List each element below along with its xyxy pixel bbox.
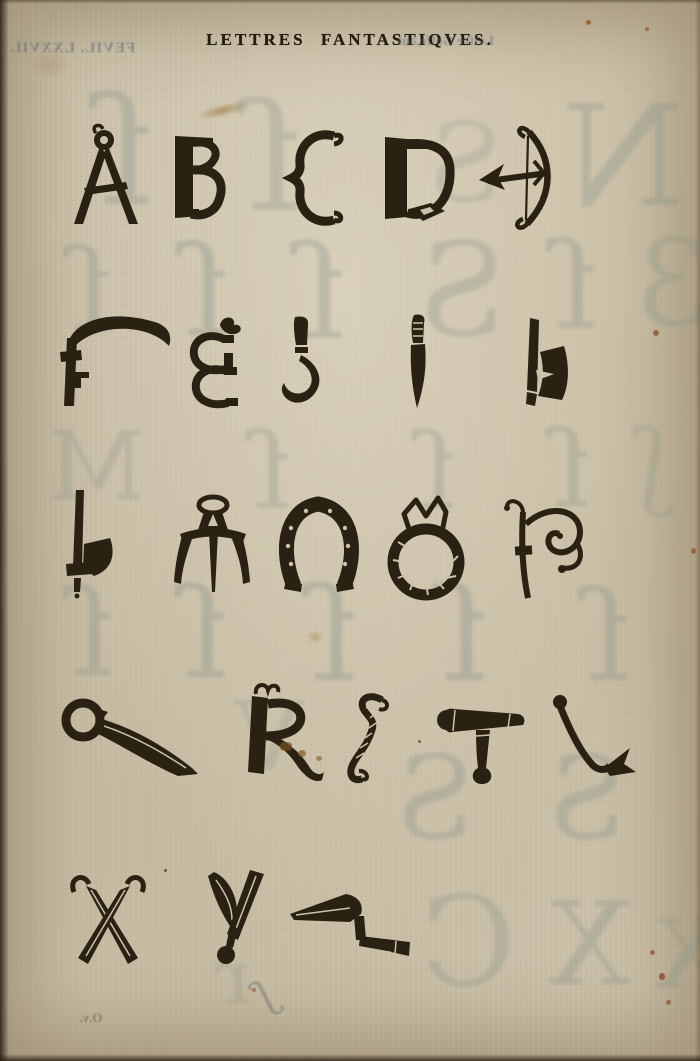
letter-t-glyph — [430, 690, 534, 790]
showthrough-ghost-letter: X — [655, 908, 700, 1003]
letter-c-strap — [282, 126, 342, 230]
letter-g-glyph — [184, 313, 244, 409]
letter-p-volute — [498, 492, 590, 606]
letter-b-glyph — [167, 128, 224, 225]
rust-spot — [653, 330, 659, 336]
letter-p-glyph — [498, 492, 590, 606]
letter-s-cord — [342, 690, 394, 786]
letter-q-pruning-knife — [58, 688, 206, 786]
rust-spot — [691, 548, 696, 554]
letter-i-glyph — [402, 311, 430, 411]
letter-h-sickle — [279, 313, 325, 405]
letter-x-glyph — [58, 870, 158, 970]
signature-mark-showthrough: O.v. — [80, 1010, 102, 1026]
rust-spot — [650, 950, 655, 955]
header-showthrough: Lettre Goffe,aul — [398, 34, 494, 50]
page-title: LETTRES FANTASTIQVES. — [0, 30, 700, 50]
letter-e-glyph — [477, 120, 553, 236]
fly-speck — [164, 869, 167, 872]
letter-e-bow-arrow — [477, 120, 553, 236]
letter-v-hook — [538, 690, 642, 790]
letter-z-spear-crank — [288, 884, 420, 964]
rust-spot — [586, 20, 591, 25]
letter-z-glyph — [288, 884, 420, 964]
fly-speck — [418, 740, 421, 743]
letter-d-glyph — [379, 131, 461, 225]
pencil-mark: ʃ — [247, 976, 280, 1017]
page-edge-right — [695, 0, 700, 1061]
showthrough-ghost-letter: S — [418, 225, 507, 355]
letter-k-axe — [512, 314, 570, 408]
ink-stain — [194, 98, 251, 124]
letter-m-glyph — [166, 494, 256, 594]
showthrough-ghost-letter: C — [420, 880, 516, 1005]
tan-stain — [306, 630, 324, 644]
page-edge-bottom — [0, 1054, 700, 1061]
letter-k-glyph — [512, 314, 570, 408]
letter-c-glyph — [282, 126, 342, 230]
showthrough-ghost-letter: 3 — [635, 225, 700, 345]
showthrough-ghost-letter: X — [548, 888, 630, 1003]
showthrough-ghost-letter: ſ — [585, 575, 631, 700]
letter-t-hammer — [430, 690, 534, 790]
letter-o-ring — [380, 490, 474, 606]
letter-y-glyph — [186, 870, 276, 970]
letter-b-book — [167, 128, 224, 225]
showthrough-ghost-letter: N — [562, 88, 685, 228]
rust-spot — [666, 1000, 671, 1005]
letter-d-clasp — [379, 131, 461, 225]
letter-a-compass — [58, 124, 146, 230]
letter-o-glyph — [380, 490, 474, 606]
letter-r-branch — [230, 682, 330, 790]
letter-h-glyph — [279, 313, 325, 405]
letter-n-horseshoe — [272, 490, 364, 594]
letter-m-fork — [166, 494, 256, 594]
letter-q-glyph — [58, 688, 206, 786]
letter-r-glyph — [230, 682, 330, 790]
letter-y-sword-scabbard — [186, 870, 276, 970]
letter-l-glyph — [54, 488, 116, 600]
letter-s-glyph — [342, 690, 394, 786]
letter-x-crossed-daggers — [58, 870, 158, 970]
fly-speck — [252, 988, 256, 992]
showthrough-ghost-letter: ʃ — [638, 418, 664, 513]
letter-g-shackles — [184, 313, 244, 409]
rust-spot — [659, 973, 665, 980]
letter-l-hatchet — [54, 488, 116, 600]
letter-n-glyph — [272, 490, 364, 594]
letter-v-glyph — [538, 690, 642, 790]
letter-i-dagger — [402, 311, 430, 411]
page-edge-top — [0, 0, 700, 4]
page-edge-left — [0, 0, 9, 1061]
letter-f-scythe — [57, 310, 175, 410]
letter-f-glyph — [57, 310, 175, 410]
book-page-scan: ſ ſ S N ſ ſ ſ S ſ 3 M ſ ſ ſ ʃ ſ ſ ſ ſ ſ … — [0, 0, 700, 1061]
letter-a-glyph — [58, 124, 146, 230]
